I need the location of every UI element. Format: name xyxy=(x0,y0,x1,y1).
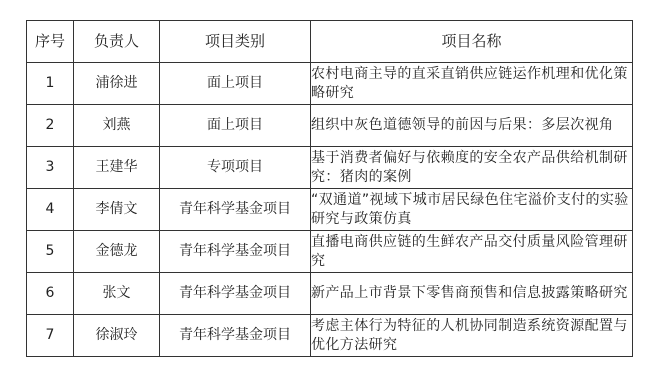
header-no: 序号 xyxy=(27,21,74,63)
table-row: 4 李倩文 青年科学基金项目 “双通道”视域下城市居民绿色住宅溢价支付的实验研究… xyxy=(27,189,633,231)
project-table: 序号 负责人 项目类别 项目名称 1 浦徐进 面上项目 农村电商主导的直采直销供… xyxy=(26,20,633,357)
cell-title: 新产品上市背景下零售商预售和信息披露策略研究 xyxy=(311,273,633,315)
table-row: 7 徐淑玲 青年科学基金项目 考虑主体行为特征的人机协同制造系统资源配置与优化方… xyxy=(27,315,633,357)
cell-no: 6 xyxy=(27,273,74,315)
cell-title: 直播电商供应链的生鲜农产品交付质量风险管理研究 xyxy=(311,231,633,273)
cell-leader: 张文 xyxy=(74,273,160,315)
cell-category: 面上项目 xyxy=(160,63,311,105)
cell-title: 农村电商主导的直采直销供应链运作机理和优化策略研究 xyxy=(311,63,633,105)
table-row: 6 张文 青年科学基金项目 新产品上市背景下零售商预售和信息披露策略研究 xyxy=(27,273,633,315)
cell-no: 2 xyxy=(27,105,74,147)
cell-category: 专项项目 xyxy=(160,147,311,189)
cell-title: “双通道”视域下城市居民绿色住宅溢价支付的实验研究与政策仿真 xyxy=(311,189,633,231)
cell-title: 考虑主体行为特征的人机协同制造系统资源配置与优化方法研究 xyxy=(311,315,633,357)
table-row: 1 浦徐进 面上项目 农村电商主导的直采直销供应链运作机理和优化策略研究 xyxy=(27,63,633,105)
cell-leader: 李倩文 xyxy=(74,189,160,231)
cell-category: 青年科学基金项目 xyxy=(160,315,311,357)
header-category: 项目类别 xyxy=(160,21,311,63)
header-row: 序号 负责人 项目类别 项目名称 xyxy=(27,21,633,63)
cell-title: 基于消费者偏好与依赖度的安全农产品供给机制研究：猪肉的案例 xyxy=(311,147,633,189)
cell-no: 4 xyxy=(27,189,74,231)
cell-leader: 金德龙 xyxy=(74,231,160,273)
cell-category: 面上项目 xyxy=(160,105,311,147)
cell-no: 3 xyxy=(27,147,74,189)
cell-title: 组织中灰色道德领导的前因与后果：多层次视角 xyxy=(311,105,633,147)
cell-leader: 浦徐进 xyxy=(74,63,160,105)
cell-category: 青年科学基金项目 xyxy=(160,273,311,315)
table-row: 2 刘燕 面上项目 组织中灰色道德领导的前因与后果：多层次视角 xyxy=(27,105,633,147)
header-title: 项目名称 xyxy=(311,21,633,63)
cell-no: 7 xyxy=(27,315,74,357)
cell-leader: 徐淑玲 xyxy=(74,315,160,357)
cell-leader: 王建华 xyxy=(74,147,160,189)
cell-no: 5 xyxy=(27,231,74,273)
table-row: 3 王建华 专项项目 基于消费者偏好与依赖度的安全农产品供给机制研究：猪肉的案例 xyxy=(27,147,633,189)
cell-category: 青年科学基金项目 xyxy=(160,231,311,273)
header-leader: 负责人 xyxy=(74,21,160,63)
table-row: 5 金德龙 青年科学基金项目 直播电商供应链的生鲜农产品交付质量风险管理研究 xyxy=(27,231,633,273)
cell-category: 青年科学基金项目 xyxy=(160,189,311,231)
cell-no: 1 xyxy=(27,63,74,105)
cell-leader: 刘燕 xyxy=(74,105,160,147)
